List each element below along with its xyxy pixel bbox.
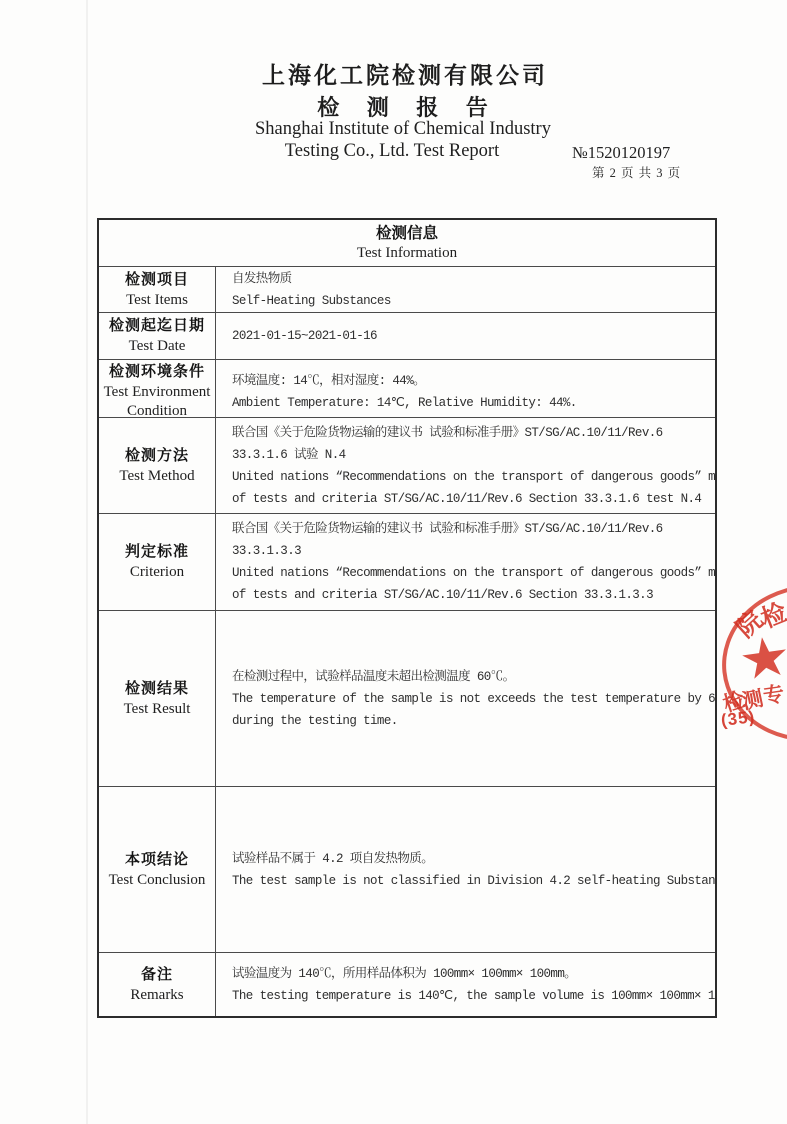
scan-artifact-line xyxy=(86,0,88,1124)
row-label-en: Test Environment Condition xyxy=(102,383,212,421)
row-label: 检测环境条件 Test Environment Condition xyxy=(99,360,216,423)
report-number: №1520120197 xyxy=(572,143,670,163)
row-label: 检测起迄日期 Test Date xyxy=(99,313,216,359)
content-line: of tests and criteria ST/SG/AC.10/11/Rev… xyxy=(232,584,711,606)
row-content: 试验样品不属于 4.2 项自发热物质。 The test sample is n… xyxy=(216,787,715,952)
content-line: of tests and criteria ST/SG/AC.10/11/Rev… xyxy=(232,488,711,510)
table-row-remarks: 备注 Remarks 试验温度为 140℃，所用样品体积为 100mm× 100… xyxy=(99,953,715,1016)
row-content: 试验温度为 140℃，所用样品体积为 100mm× 100mm× 100mm。 … xyxy=(216,953,715,1016)
table-row-test-method: 检测方法 Test Method 联合国《关于危险货物运输的建议书 试验和标准手… xyxy=(99,418,715,514)
content-line: 33.3.1.6 试验 N.4 xyxy=(232,444,711,466)
content-line: 联合国《关于危险货物运输的建议书 试验和标准手册》ST/SG/AC.10/11/… xyxy=(232,422,711,444)
row-content: 自发热物质 Self-Heating Substances xyxy=(216,267,715,312)
row-label-en: Remarks xyxy=(130,986,183,1005)
content-line: 试验温度为 140℃，所用样品体积为 100mm× 100mm× 100mm。 xyxy=(232,963,711,985)
row-label: 检测方法 Test Method xyxy=(99,418,216,513)
row-label-zh: 检测结果 xyxy=(125,679,189,700)
content-line: Ambient Temperature: 14℃, Relative Humid… xyxy=(232,392,711,414)
table-title-row: 检测信息 Test Information xyxy=(99,220,715,267)
company-name-en-line1: Shanghai Institute of Chemical Industry xyxy=(0,119,787,140)
row-label-en: Test Conclusion xyxy=(109,871,206,890)
row-label-en: Criterion xyxy=(130,563,184,582)
content-line: 试验样品不属于 4.2 项自发热物质。 xyxy=(232,848,711,870)
row-label-zh: 检测环境条件 xyxy=(109,362,205,383)
stamp-border xyxy=(714,576,787,750)
row-label-zh: 检测方法 xyxy=(125,446,189,467)
row-label: 检测结果 Test Result xyxy=(99,611,216,786)
content-line: during the testing time. xyxy=(232,710,711,732)
row-content: 环境温度: 14℃，相对湿度: 44%。 Ambient Temperature… xyxy=(216,360,715,423)
content-line: The temperature of the sample is not exc… xyxy=(232,688,711,710)
test-information-table: 检测信息 Test Information 检测项目 Test Items 自发… xyxy=(97,218,717,1018)
stamp-bottom-char: 检 xyxy=(719,683,748,718)
content-line: The test sample is not classified in Div… xyxy=(232,870,711,892)
content-line: United nations “Recommendations on the t… xyxy=(232,466,711,488)
row-label: 备注 Remarks xyxy=(99,953,216,1016)
content-line: 2021-01-15~2021-01-16 xyxy=(232,325,711,347)
content-line: United nations “Recommendations on the t… xyxy=(232,562,711,584)
row-label-zh: 本项结论 xyxy=(125,850,189,871)
table-title-zh: 检测信息 xyxy=(376,224,438,244)
row-label-en: Test Date xyxy=(129,337,186,356)
table-row-criterion: 判定标准 Criterion 联合国《关于危险货物运输的建议书 试验和标准手册》… xyxy=(99,514,715,611)
row-content: 联合国《关于危险货物运输的建议书 试验和标准手册》ST/SG/AC.10/11/… xyxy=(216,418,715,513)
row-content: 联合国《关于危险货物运输的建议书 试验和标准手册》ST/SG/AC.10/11/… xyxy=(216,514,715,610)
row-label-en: Test Result xyxy=(124,700,191,719)
table-row-test-result: 检测结果 Test Result 在检测过程中，试验样品温度未超出检测温度 60… xyxy=(99,611,715,787)
row-label: 本项结论 Test Conclusion xyxy=(99,787,216,952)
row-label-zh: 检测项目 xyxy=(125,270,189,291)
table-row-test-date: 检测起迄日期 Test Date 2021-01-15~2021-01-16 xyxy=(99,313,715,360)
content-line: Self-Heating Substances xyxy=(232,290,711,312)
stamp-arc-char: 院 xyxy=(727,601,770,644)
row-label-en: Test Items xyxy=(126,291,188,310)
test-report-page: 上海化工院检测有限公司 检 测 报 告 Shanghai Institute o… xyxy=(0,0,787,1124)
content-line: The testing temperature is 140℃, the sam… xyxy=(232,985,711,1007)
row-content: 在检测过程中，试验样品温度未超出检测温度 60℃。 The temperatur… xyxy=(216,611,715,786)
stamp-bottom-char: 专 xyxy=(761,678,786,711)
report-title-zh: 检 测 报 告 xyxy=(0,91,787,122)
row-label-zh: 备注 xyxy=(141,965,173,986)
row-label-zh: 判定标准 xyxy=(125,542,189,563)
company-name-zh: 上海化工院检测有限公司 xyxy=(0,57,787,90)
row-label-zh: 检测起迄日期 xyxy=(109,316,205,337)
content-line: 33.3.1.3.3 xyxy=(232,540,711,562)
table-row-test-conclusion: 本项结论 Test Conclusion 试验样品不属于 4.2 项自发热物质。… xyxy=(99,787,715,953)
content-line: 自发热物质 xyxy=(232,268,711,290)
stamp-number: (35) xyxy=(720,707,756,731)
stamp-arc-char: 检 xyxy=(755,593,787,636)
table-title-en: Test Information xyxy=(357,244,457,263)
content-line: 联合国《关于危险货物运输的建议书 试验和标准手册》ST/SG/AC.10/11/… xyxy=(232,518,711,540)
table-row-test-environment: 检测环境条件 Test Environment Condition 环境温度: … xyxy=(99,360,715,418)
star-icon xyxy=(739,634,787,684)
content-line: 环境温度: 14℃，相对湿度: 44%。 xyxy=(232,370,711,392)
table-row-test-items: 检测项目 Test Items 自发热物质 Self-Heating Subst… xyxy=(99,267,715,313)
row-content: 2021-01-15~2021-01-16 xyxy=(216,313,715,359)
row-label-en: Test Method xyxy=(119,467,194,486)
page-indicator: 第 2 页 共 3 页 xyxy=(592,163,681,181)
row-label: 判定标准 Criterion xyxy=(99,514,216,610)
row-label: 检测项目 Test Items xyxy=(99,267,216,312)
content-line: 在检测过程中，试验样品温度未超出检测温度 60℃。 xyxy=(232,666,711,688)
stamp-bottom-char: 测 xyxy=(739,682,766,716)
